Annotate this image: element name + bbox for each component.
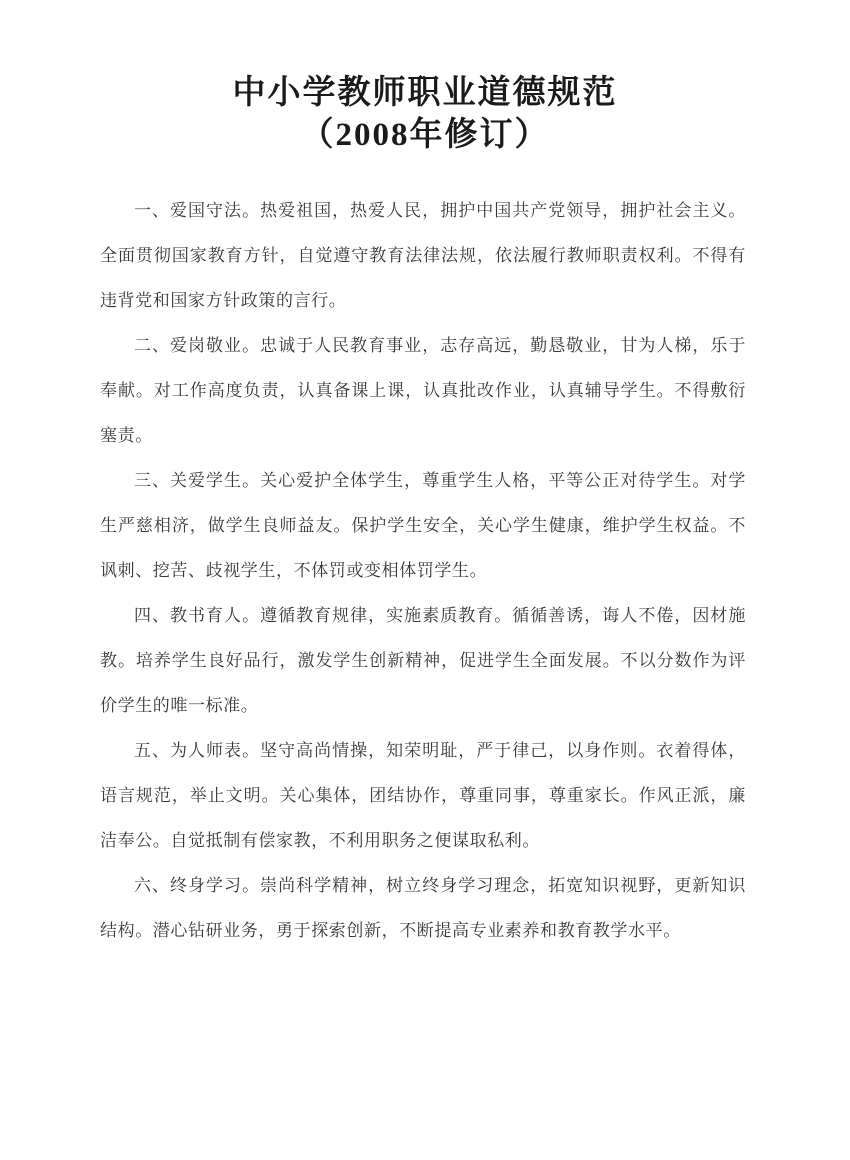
paragraph-6-zhongshen-xuexi: 六、终身学习。崇尚科学精神，树立终身学习理念，拓宽知识视野，更新知识结构。潜心钻…	[100, 863, 746, 953]
paragraph-2-aigang-jingye: 二、爱岗敬业。忠诚于人民教育事业，志存高远，勤恳敬业，甘为人梯，乐于奉献。对工作…	[100, 323, 746, 458]
page-title: 中小学教师职业道德规范 （2008年修订）	[60, 72, 790, 156]
document-page: 中小学教师职业道德规范 （2008年修订） 一、爱国守法。热爱祖国，热爱人民，拥…	[0, 0, 850, 1160]
paragraph-1-aiguo-shoufa: 一、爱国守法。热爱祖国，热爱人民，拥护中国共产党领导，拥护社会主义。全面贯彻国家…	[100, 188, 746, 323]
paragraph-4-jiaoshu-yuren: 四、教书育人。遵循教育规律，实施素质教育。循循善诱，诲人不倦，因材施教。培养学生…	[100, 593, 746, 728]
document-body: 一、爱国守法。热爱祖国，热爱人民，拥护中国共产党领导，拥护社会主义。全面贯彻国家…	[100, 188, 746, 953]
title-line-1: 中小学教师职业道德规范	[60, 72, 790, 114]
paragraph-3-guanai-xuesheng: 三、关爱学生。关心爱护全体学生，尊重学生人格，平等公正对待学生。对学生严慈相济，…	[100, 458, 746, 593]
title-line-2: （2008年修订）	[60, 114, 790, 156]
paragraph-5-weiren-shibiao: 五、为人师表。坚守高尚情操，知荣明耻，严于律己，以身作则。衣着得体，语言规范，举…	[100, 728, 746, 863]
